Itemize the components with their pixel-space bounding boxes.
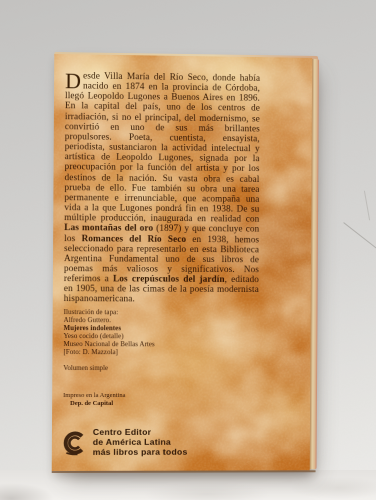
cover-art-credits: Ilustración de tapa:Alfredo Guttero.Muje… — [63, 309, 155, 358]
drop-cap: D — [65, 71, 83, 90]
wall-crack-line-small — [364, 191, 370, 221]
cover-content: Desde Villa María del Río Seco, donde ha… — [52, 54, 312, 471]
publisher-tagline: más libros para todos — [93, 448, 188, 458]
blurb-paragraph: Desde Villa María del Río Seco, donde ha… — [64, 71, 260, 305]
cover-surface: Desde Villa María del Río Seco, donde ha… — [52, 54, 312, 471]
publisher-text: Centro Editor de América Latina más libr… — [93, 428, 188, 458]
colophon-note: Impreso en la ArgentinaDep. de Capital — [63, 392, 125, 407]
centro-editor-logo-icon — [61, 428, 88, 458]
background-floor — [0, 470, 376, 500]
book-back-cover: Desde Villa María del Río Seco, donde ha… — [52, 54, 312, 471]
product-photo: Desde Villa María del Río Seco, donde ha… — [0, 0, 376, 500]
edition-note: Volumen simple — [63, 365, 108, 372]
wall-crack-line — [343, 222, 376, 255]
blurb-text: esde Villa María del Río Seco, donde hab… — [64, 71, 260, 304]
publisher-block: Centro Editor de América Latina más libr… — [61, 428, 188, 458]
